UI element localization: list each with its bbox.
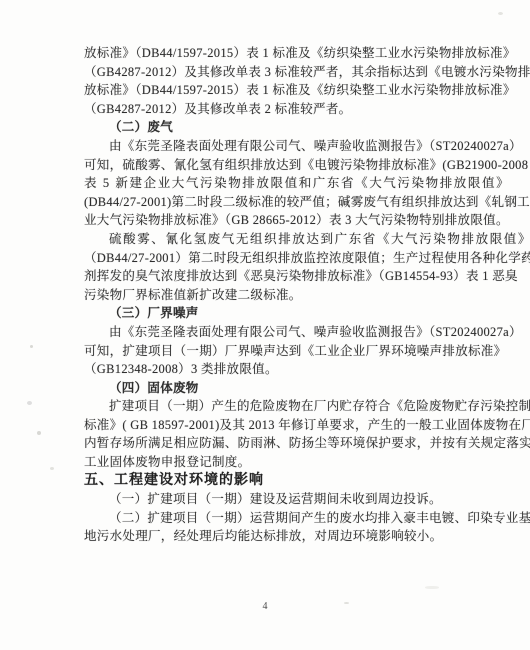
paragraph-line: (DB44/27-2001)第二时段二级标准的较严值；碱雾废气有组织排放达到《轧… xyxy=(84,193,484,212)
heading-section-2-waste-gas: （二）废气 xyxy=(84,118,484,137)
paragraph-line: 扩建项目（一期）产生的危险废物在厂内贮存符合《危险废物贮存污染控制 xyxy=(84,397,484,416)
paragraph-line: （二）扩建项目（一期）运营期间产生的废水均排入豪丰电镀、印染专业基 xyxy=(84,509,484,528)
paragraph-line: 工业固体废物申报登记制度。 xyxy=(84,453,484,472)
paragraph-line: 地污水处理厂，经处理后均能达标排放，对周边环境影响较小。 xyxy=(84,527,484,546)
paragraph-line: 表 5 新建企业大气污染物排放限值和广东省《大气污染物排放限值》 xyxy=(84,174,484,193)
paragraph-line: （一）扩建项目（一期）建设及运营期间未收到周边投诉。 xyxy=(84,490,484,509)
scan-artifact xyxy=(37,431,41,435)
heading-chapter-5-impact: 五、工程建设对环境的影响 xyxy=(84,472,484,491)
document-text: 放标准》（DB44/1597-2015）表 1 标准及《纺织染整工业水污染物排放… xyxy=(84,44,484,546)
paragraph-line: 放标准》（DB44/1597-2015）表 1 标准及《纺织染整工业水污染物排放… xyxy=(84,81,484,100)
scan-artifact xyxy=(425,586,439,589)
paragraph-line: 由《东莞圣隆表面处理有限公司气、噪声验收监测报告》（ST20240027a） xyxy=(84,137,484,156)
paragraph-line: （GB4287-2012）及其修改单表 3 标准较严者，其余指标达到《电镀水污染… xyxy=(84,63,484,82)
paragraph-line: （GB12348-2008）3 类排放限值。 xyxy=(84,360,484,379)
paragraph-line: 可知，扩建项目（一期）厂界噪声达到《工业企业厂界环境噪声排放标准》 xyxy=(84,342,484,361)
scan-artifact xyxy=(30,345,33,348)
paragraph-line: 污染物厂界标准值新扩改建二级标准。 xyxy=(84,286,484,305)
paragraph-line: 可知，硫酸雾、氰化氢有组织排放达到《电镀污染物排放标准》(GB21900-200… xyxy=(84,156,484,175)
paragraph-line: 剂挥发的臭气浓度排放达到《恶臭污染物排放标准》（GB14554-93）表 1 恶… xyxy=(84,267,484,286)
scan-artifact xyxy=(344,602,349,604)
paragraph-line: （GB4287-2012）及其修改单表 2 标准较严者。 xyxy=(84,100,484,119)
scan-artifact xyxy=(498,12,503,15)
scanned-page: 放标准》（DB44/1597-2015）表 1 标准及《纺织染整工业水污染物排放… xyxy=(0,0,530,650)
paragraph-line: 硫酸雾、氰化氢废气无组织排放达到广东省《大气污染物排放限值》 xyxy=(84,230,484,249)
page-number: 4 xyxy=(0,601,530,612)
heading-section-4-solid-waste: （四）固体废物 xyxy=(84,379,484,398)
scan-artifact xyxy=(50,467,54,470)
paragraph-line: 业大气污染物排放标准》（GB 28665-2012）表 3 大气污染物特别排放限… xyxy=(84,211,484,230)
scan-artifact xyxy=(27,401,32,405)
paragraph-line: 标准》( GB 18597-2001)及其 2013 年修订单要求，产生的一般工… xyxy=(84,416,484,435)
paragraph-line: 内暂存场所满足相应防漏、防雨淋、防扬尘等环境保护要求，并按有关规定落实 xyxy=(84,434,484,453)
paragraph-line: 放标准》（DB44/1597-2015）表 1 标准及《纺织染整工业水污染物排放… xyxy=(84,44,484,63)
heading-section-3-boundary-noise: （三）厂界噪声 xyxy=(84,304,484,323)
paragraph-line: （DB44/27-2001）第二时段无组织排放监控浓度限值；生产过程使用各种化学… xyxy=(84,249,484,268)
paragraph-line: 由《东莞圣隆表面处理有限公司气、噪声验收监测报告》（ST20240027a） xyxy=(84,323,484,342)
